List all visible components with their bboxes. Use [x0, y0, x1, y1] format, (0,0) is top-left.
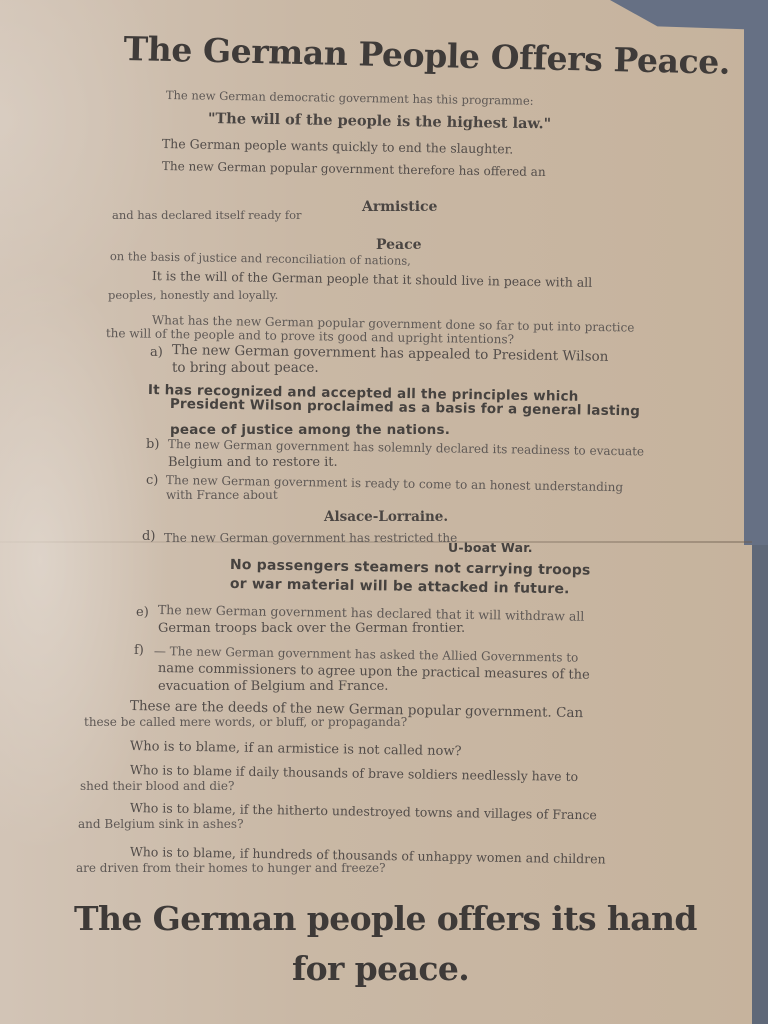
- closing-line-2: for peace.: [292, 952, 469, 985]
- closing-line-1: The German people offers its hand: [74, 902, 697, 935]
- will-paragraph-line-2: peoples, honestly and loyally.: [108, 290, 278, 302]
- item-b-marker: b): [146, 438, 159, 451]
- intro-line-4: and has declared itself ready for: [112, 210, 302, 222]
- item-f-marker: f): [134, 644, 144, 657]
- item-e-marker: e): [136, 606, 149, 619]
- armistice-heading: Armistice: [362, 200, 437, 214]
- item-f-line-3: evacuation of Belgium and France.: [158, 680, 388, 693]
- blame-question-4-line-2: are driven from their homes to hunger an…: [76, 862, 386, 874]
- deeds-line-2: these be called mere words, or bluff, or…: [84, 716, 407, 728]
- item-d-line-1: The new German government has restricted…: [164, 532, 457, 544]
- item-a-marker: a): [150, 346, 163, 359]
- backdrop-right-lower: [752, 545, 768, 1024]
- item-a-line-2: to bring about peace.: [172, 362, 319, 376]
- item-c-marker: c): [146, 474, 158, 487]
- item-e-line-2: German troops back over the German front…: [158, 622, 465, 635]
- alsace-lorraine-heading: Alsace-Lorraine.: [324, 511, 448, 525]
- item-c-line-2: with France about: [166, 489, 278, 501]
- blame-question-3-line-2: and Belgium sink in ashes?: [78, 818, 244, 830]
- item-b-line-2: Belgium and to restore it.: [168, 456, 338, 469]
- blame-question-2-line-2: shed their blood and die?: [80, 780, 234, 792]
- peace-heading: Peace: [376, 238, 422, 252]
- u-boat-war-emphasis: U-boat War.: [448, 542, 533, 555]
- backdrop-right-upper: [744, 0, 768, 545]
- wilson-emphasis-line-3: peace of justice among the nations.: [170, 424, 450, 438]
- item-d-marker: d): [142, 530, 155, 543]
